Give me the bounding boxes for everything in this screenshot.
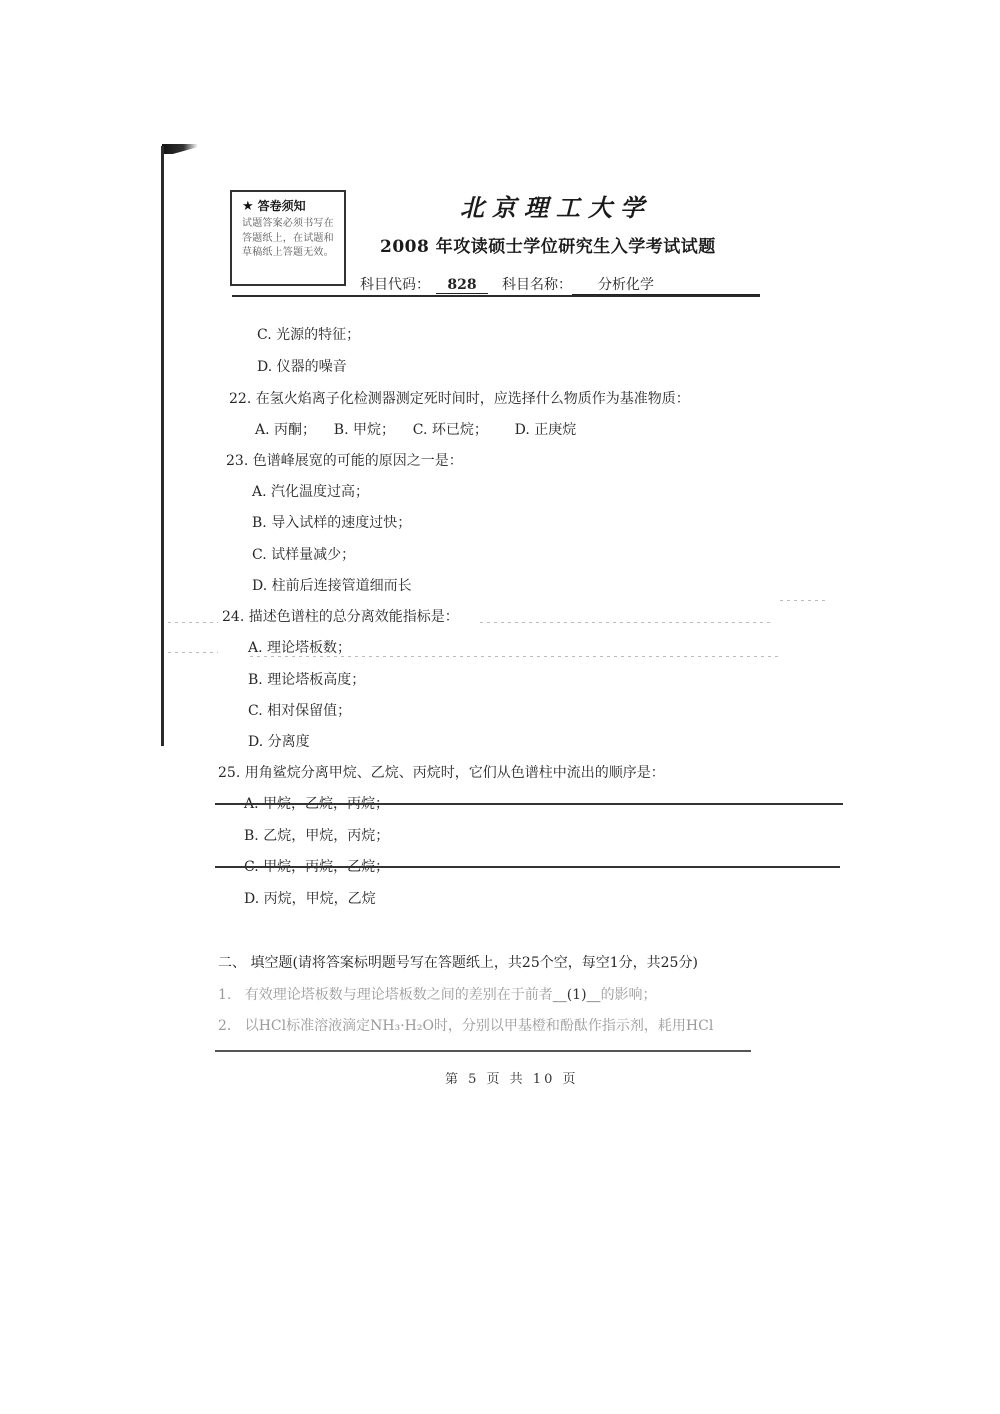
notice-title-text: 答卷须知 xyxy=(258,199,306,213)
subject-name: 分析化学 xyxy=(572,274,760,295)
scan-noise xyxy=(780,600,825,601)
question-25: 25. 用角鲨烷分离甲烷、乙烷、丙烷时，它们从色谱柱中流出的顺序是： xyxy=(218,763,665,783)
option-label: B. xyxy=(252,515,267,531)
option-label: C. xyxy=(248,703,263,719)
option-line: A. 理论塔板数； xyxy=(248,638,351,658)
notice-body: 试题答案必须书写在答题纸上，在试题和草稿纸上答题无效。 xyxy=(242,217,338,261)
answer-notice-box: ★答卷须知 试题答案必须书写在答题纸上，在试题和草稿纸上答题无效。 xyxy=(230,190,346,286)
question-number: 25. xyxy=(218,765,240,781)
item-text: 的影响； xyxy=(601,987,657,1003)
university-name: 北京理工大学 xyxy=(460,188,652,223)
question-24: 24. 描述色谱柱的总分离效能指标是： xyxy=(222,607,459,627)
fill-blank-item-1: 1. 有效理论塔板数与理论塔板数之间的差别在于前者__(1)__的影响； xyxy=(218,985,657,1005)
option-label: D. xyxy=(257,359,272,375)
item-text: 有效理论塔板数与理论塔板数之间的差别在于前者 xyxy=(245,987,553,1003)
option-line: D. 分离度 xyxy=(248,732,310,752)
scan-noise xyxy=(168,652,218,653)
item-number: 2. xyxy=(218,1018,231,1034)
option-line: B. 理论塔板高度； xyxy=(248,670,365,690)
option-label: A. xyxy=(252,484,267,500)
item-number: 1. xyxy=(218,987,231,1003)
option-label: C. xyxy=(257,327,272,343)
option-text: 汽化温度过高； xyxy=(271,484,369,500)
option-label: C. xyxy=(252,547,267,563)
star-icon: ★ xyxy=(242,199,254,214)
option-text: 试样量减少； xyxy=(271,547,355,563)
strikethrough-line xyxy=(215,866,840,868)
option-text: 相对保留值； xyxy=(267,703,351,719)
option-line: D. 柱前后连接管道细而长 xyxy=(252,576,412,596)
question-text: 用角鲨烷分离甲烷、乙烷、丙烷时，它们从色谱柱中流出的顺序是： xyxy=(245,765,665,781)
option-line: C. 试样量减少； xyxy=(252,545,355,565)
option-label: B. xyxy=(244,828,259,844)
question-23: 23. 色谱峰展宽的可能的原因之一是： xyxy=(226,451,463,471)
option-text: 理论塔板数； xyxy=(267,640,351,656)
option-line: C. 相对保留值； xyxy=(248,701,351,721)
option-line: D. 仪器的噪音 xyxy=(257,357,347,377)
header-divider xyxy=(232,295,760,297)
binding-mark xyxy=(162,144,198,154)
subject-name-label: 科目名称： xyxy=(502,277,572,293)
option-text: 丙烷，甲烷，乙烷 xyxy=(264,891,376,907)
exam-title: 2008 年攻读硕士学位研究生入学考试试题 xyxy=(380,232,716,257)
option-text: 理论塔板高度； xyxy=(267,672,365,688)
item-text: 以HCl标准溶液滴定NH₃·H₂O时，分别以甲基橙和酚酞作指示剂，耗用HCl xyxy=(245,1018,714,1034)
option-label: A. xyxy=(248,640,263,656)
option-label: D. xyxy=(248,734,263,750)
option-text: 乙烷，甲烷，丙烷； xyxy=(263,828,389,844)
subject-row: 科目代码：828科目名称：分析化学 xyxy=(360,274,760,295)
option-text: 柱前后连接管道细而长 xyxy=(272,578,412,594)
question-22: 22. 在氢火焰离子化检测器测定死时间时，应选择什么物质作为基准物质： xyxy=(229,389,690,409)
question-number: 22. xyxy=(229,391,251,407)
subject-code: 828 xyxy=(436,277,488,294)
subject-code-label: 科目代码： xyxy=(360,277,430,293)
option-text: 仪器的噪音 xyxy=(277,359,347,375)
question-text: 在氢火焰离子化检测器测定死时间时，应选择什么物质作为基准物质： xyxy=(256,391,690,407)
binding-line xyxy=(161,146,164,746)
question-text: 描述色谱柱的总分离效能指标是： xyxy=(249,609,459,625)
option-text: 导入试样的速度过快； xyxy=(271,515,411,531)
option-text: 光源的特征； xyxy=(276,327,360,343)
option-line: B. 导入试样的速度过快； xyxy=(252,513,411,533)
option-label: B. xyxy=(248,672,263,688)
option-label: D. xyxy=(252,578,267,594)
scan-noise xyxy=(168,622,218,623)
option-line: D. 丙烷，甲烷，乙烷 xyxy=(244,889,376,909)
question-text: 色谱峰展宽的可能的原因之一是： xyxy=(253,453,463,469)
option-label: D. xyxy=(244,891,259,907)
question-number: 24. xyxy=(222,609,244,625)
page-number: 第 5 页 共 10 页 xyxy=(445,1068,578,1087)
option-text: 分离度 xyxy=(268,734,310,750)
fill-blank-item-2: 2. 以HCl标准溶液滴定NH₃·H₂O时，分别以甲基橙和酚酞作指示剂，耗用HC… xyxy=(218,1016,713,1036)
scan-noise xyxy=(480,622,770,623)
section-two-title: 二、 填空题(请将答案标明题号写在答题纸上，共25个空，每空1分，共25分) xyxy=(218,953,698,973)
question-22-options: A. 丙酮； B. 甲烷； C. 环已烷； D. 正庚烷 xyxy=(255,420,576,440)
question-number: 23. xyxy=(226,453,248,469)
option-line: A. 汽化温度过高； xyxy=(252,482,369,502)
strikethrough-line xyxy=(215,803,843,805)
option-line: C. 光源的特征； xyxy=(257,325,360,345)
option-line: B. 乙烷，甲烷，丙烷； xyxy=(244,826,389,846)
footer-divider xyxy=(215,1050,751,1052)
notice-title: ★答卷须知 xyxy=(242,198,338,215)
answer-blank: __(1)__ xyxy=(553,987,601,1003)
